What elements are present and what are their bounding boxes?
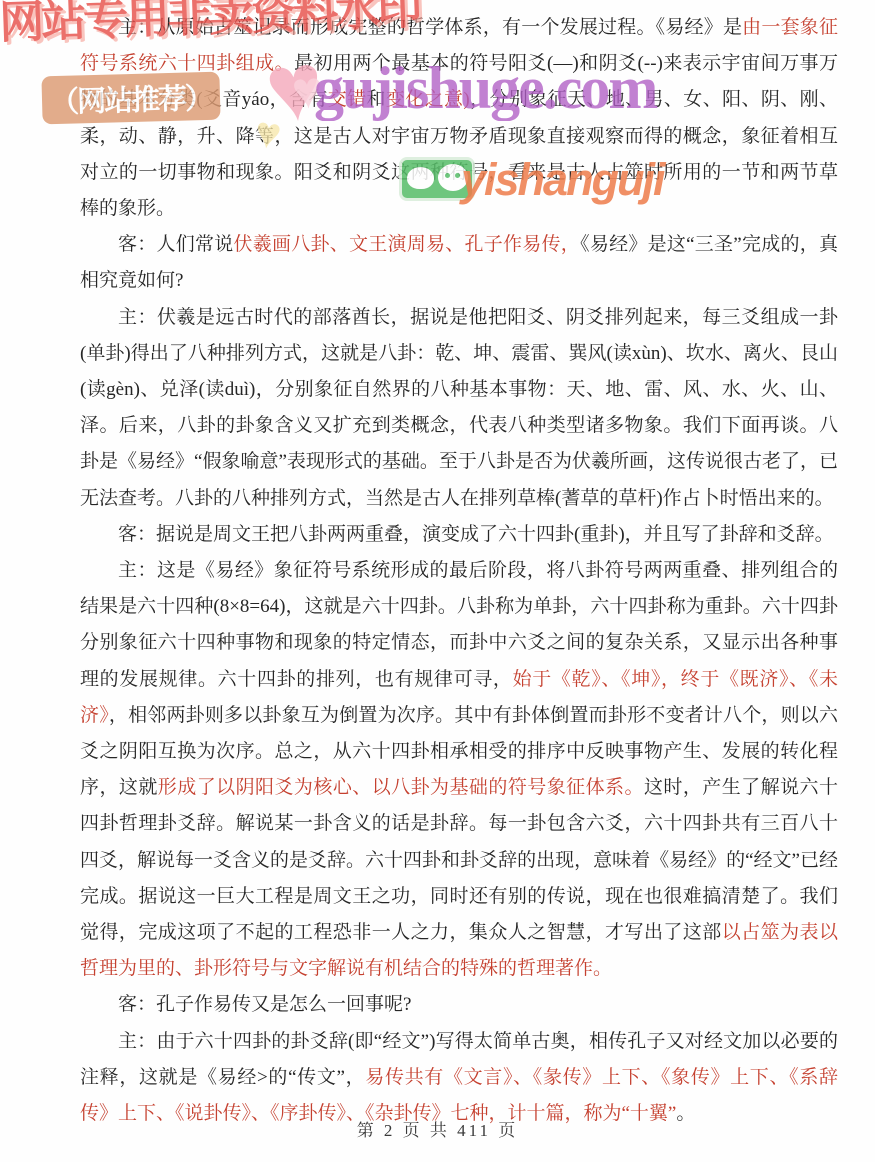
text-run: 这时，产生了解说六十四卦哲理卦爻辞。解说某一卦含义的话是卦辞。每一卦包含六爻，六… [80,777,838,943]
text-run: 和 [366,89,385,110]
page-number-footer: 第 2 页 共 411 页 [0,1116,875,1141]
highlighted-text-run: 变化之意) [386,89,470,110]
text-run: 主：从原始占筮记录而形成完整的哲学体系，有一个发展过程。《易经》是 [118,17,742,38]
paragraph-主: 主：这是《易经》象征符号系统形成的最后阶段，将八卦符号两两重叠、排列组合的结果是… [80,553,838,987]
paragraph-客: 客：孔子作易传又是怎么一回事呢? [80,987,838,1023]
paragraph-客: 客：据说是周文王把八卦两两重叠，演变成了六十四卦(重卦)，并且写了卦辞和爻辞。 [80,517,838,553]
paragraph-客: 客：人们常说伏羲画八卦、文王演周易、孔子作易传，《易经》是这“三圣”完成的，真相… [80,227,838,299]
highlighted-text-run: 伏羲画八卦、文王演周易、孔子作易传， [234,234,581,255]
text-run: 主：伏羲是远古时代的部落酋长，据说是他把阳爻、阴爻排列起来，每三爻组成一卦(单卦… [80,307,838,509]
body-text: 主：从原始占筮记录而形成完整的哲学体系，有一个发展过程。《易经》是由一套象征符号… [80,10,838,1132]
paragraph-主: 主：从原始占筮记录而形成完整的哲学体系，有一个发展过程。《易经》是由一套象征符号… [80,10,838,227]
text-run: 客：据说是周文王把八卦两两重叠，演变成了六十四卦(重卦)，并且写了卦辞和爻辞。 [118,524,834,545]
text-run: 客：人们常说 [118,234,234,255]
scanned-book-page: { "page": { "footer": "第 2 页 共 411 页", "… [0,0,875,1162]
highlighted-text-run: 交错 [328,89,367,110]
paragraph-主: 主：伏羲是远古时代的部落酋长，据说是他把阳爻、阴爻排列起来，每三爻组成一卦(单卦… [80,300,838,517]
highlighted-text-run: 形成了以阴阳爻为核心、以八卦为基础的符号象征体系。 [158,777,644,798]
text-run: 客：孔子作易传又是怎么一回事呢? [118,994,411,1015]
